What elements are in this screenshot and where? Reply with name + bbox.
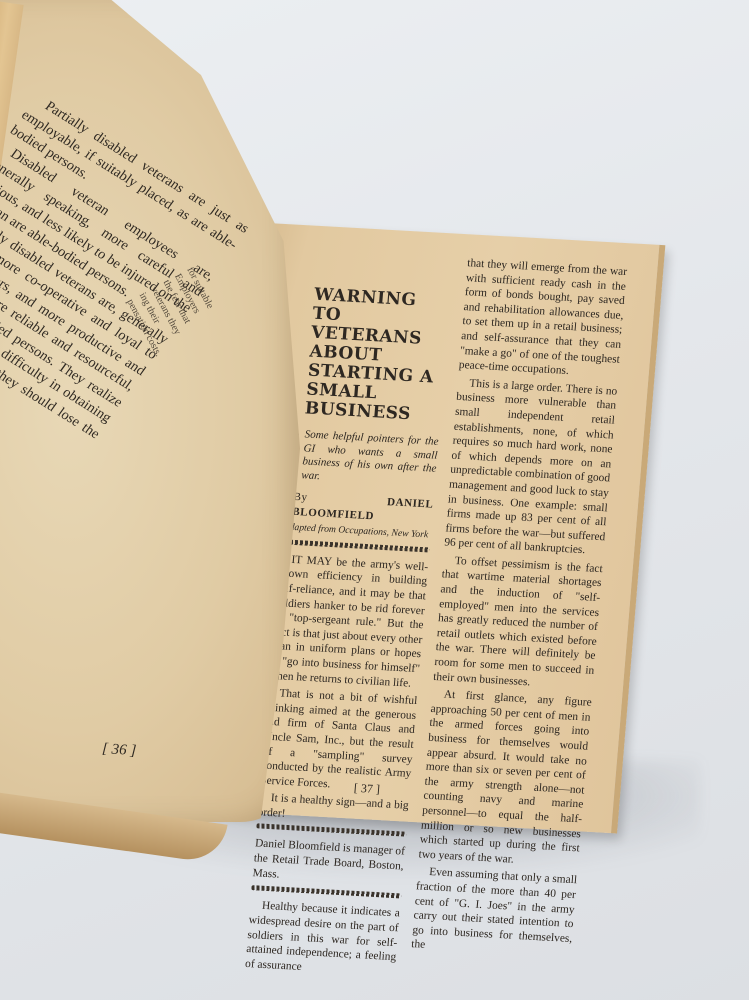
paragraph: To offset pessimism is the fact that war… (433, 553, 604, 693)
paragraph: That is not a bit of wishful thinking ai… (260, 686, 418, 796)
page-number: [ 37 ] (353, 781, 380, 797)
photo-scene: WARNING TO VETERANS ABOUT STARTING A SMA… (0, 0, 749, 1000)
paragraph: Even assuming that only a small fraction… (411, 865, 578, 961)
paragraph: IT MAY be the army's well-known efficien… (268, 552, 429, 691)
page-number: [ 36 ] (101, 741, 136, 760)
article-title: WARNING TO VETERANS ABOUT STARTING A SMA… (304, 286, 451, 426)
paragraph: This is a large order. There is no busin… (444, 376, 618, 560)
paragraph: At first glance, any figure approaching … (418, 687, 592, 871)
paragraph: It is a healthy sign—and a big order! (257, 791, 409, 828)
article-subtitle: Some helpful pointers for the GI who wan… (285, 428, 439, 490)
subtitle-text: Some helpful pointers for the GI who wan… (301, 428, 439, 481)
author-name: DANIEL BLOOMFIELD (292, 496, 434, 522)
author-bio: Daniel Bloomfield is manager of the Reta… (252, 837, 405, 890)
paragraph-text: IT MAY be the army's well-known efficien… (268, 554, 428, 690)
paragraph: that they will emerge from the war with … (458, 256, 627, 381)
paragraph: Healthy because it indicates a widesprea… (245, 899, 401, 980)
